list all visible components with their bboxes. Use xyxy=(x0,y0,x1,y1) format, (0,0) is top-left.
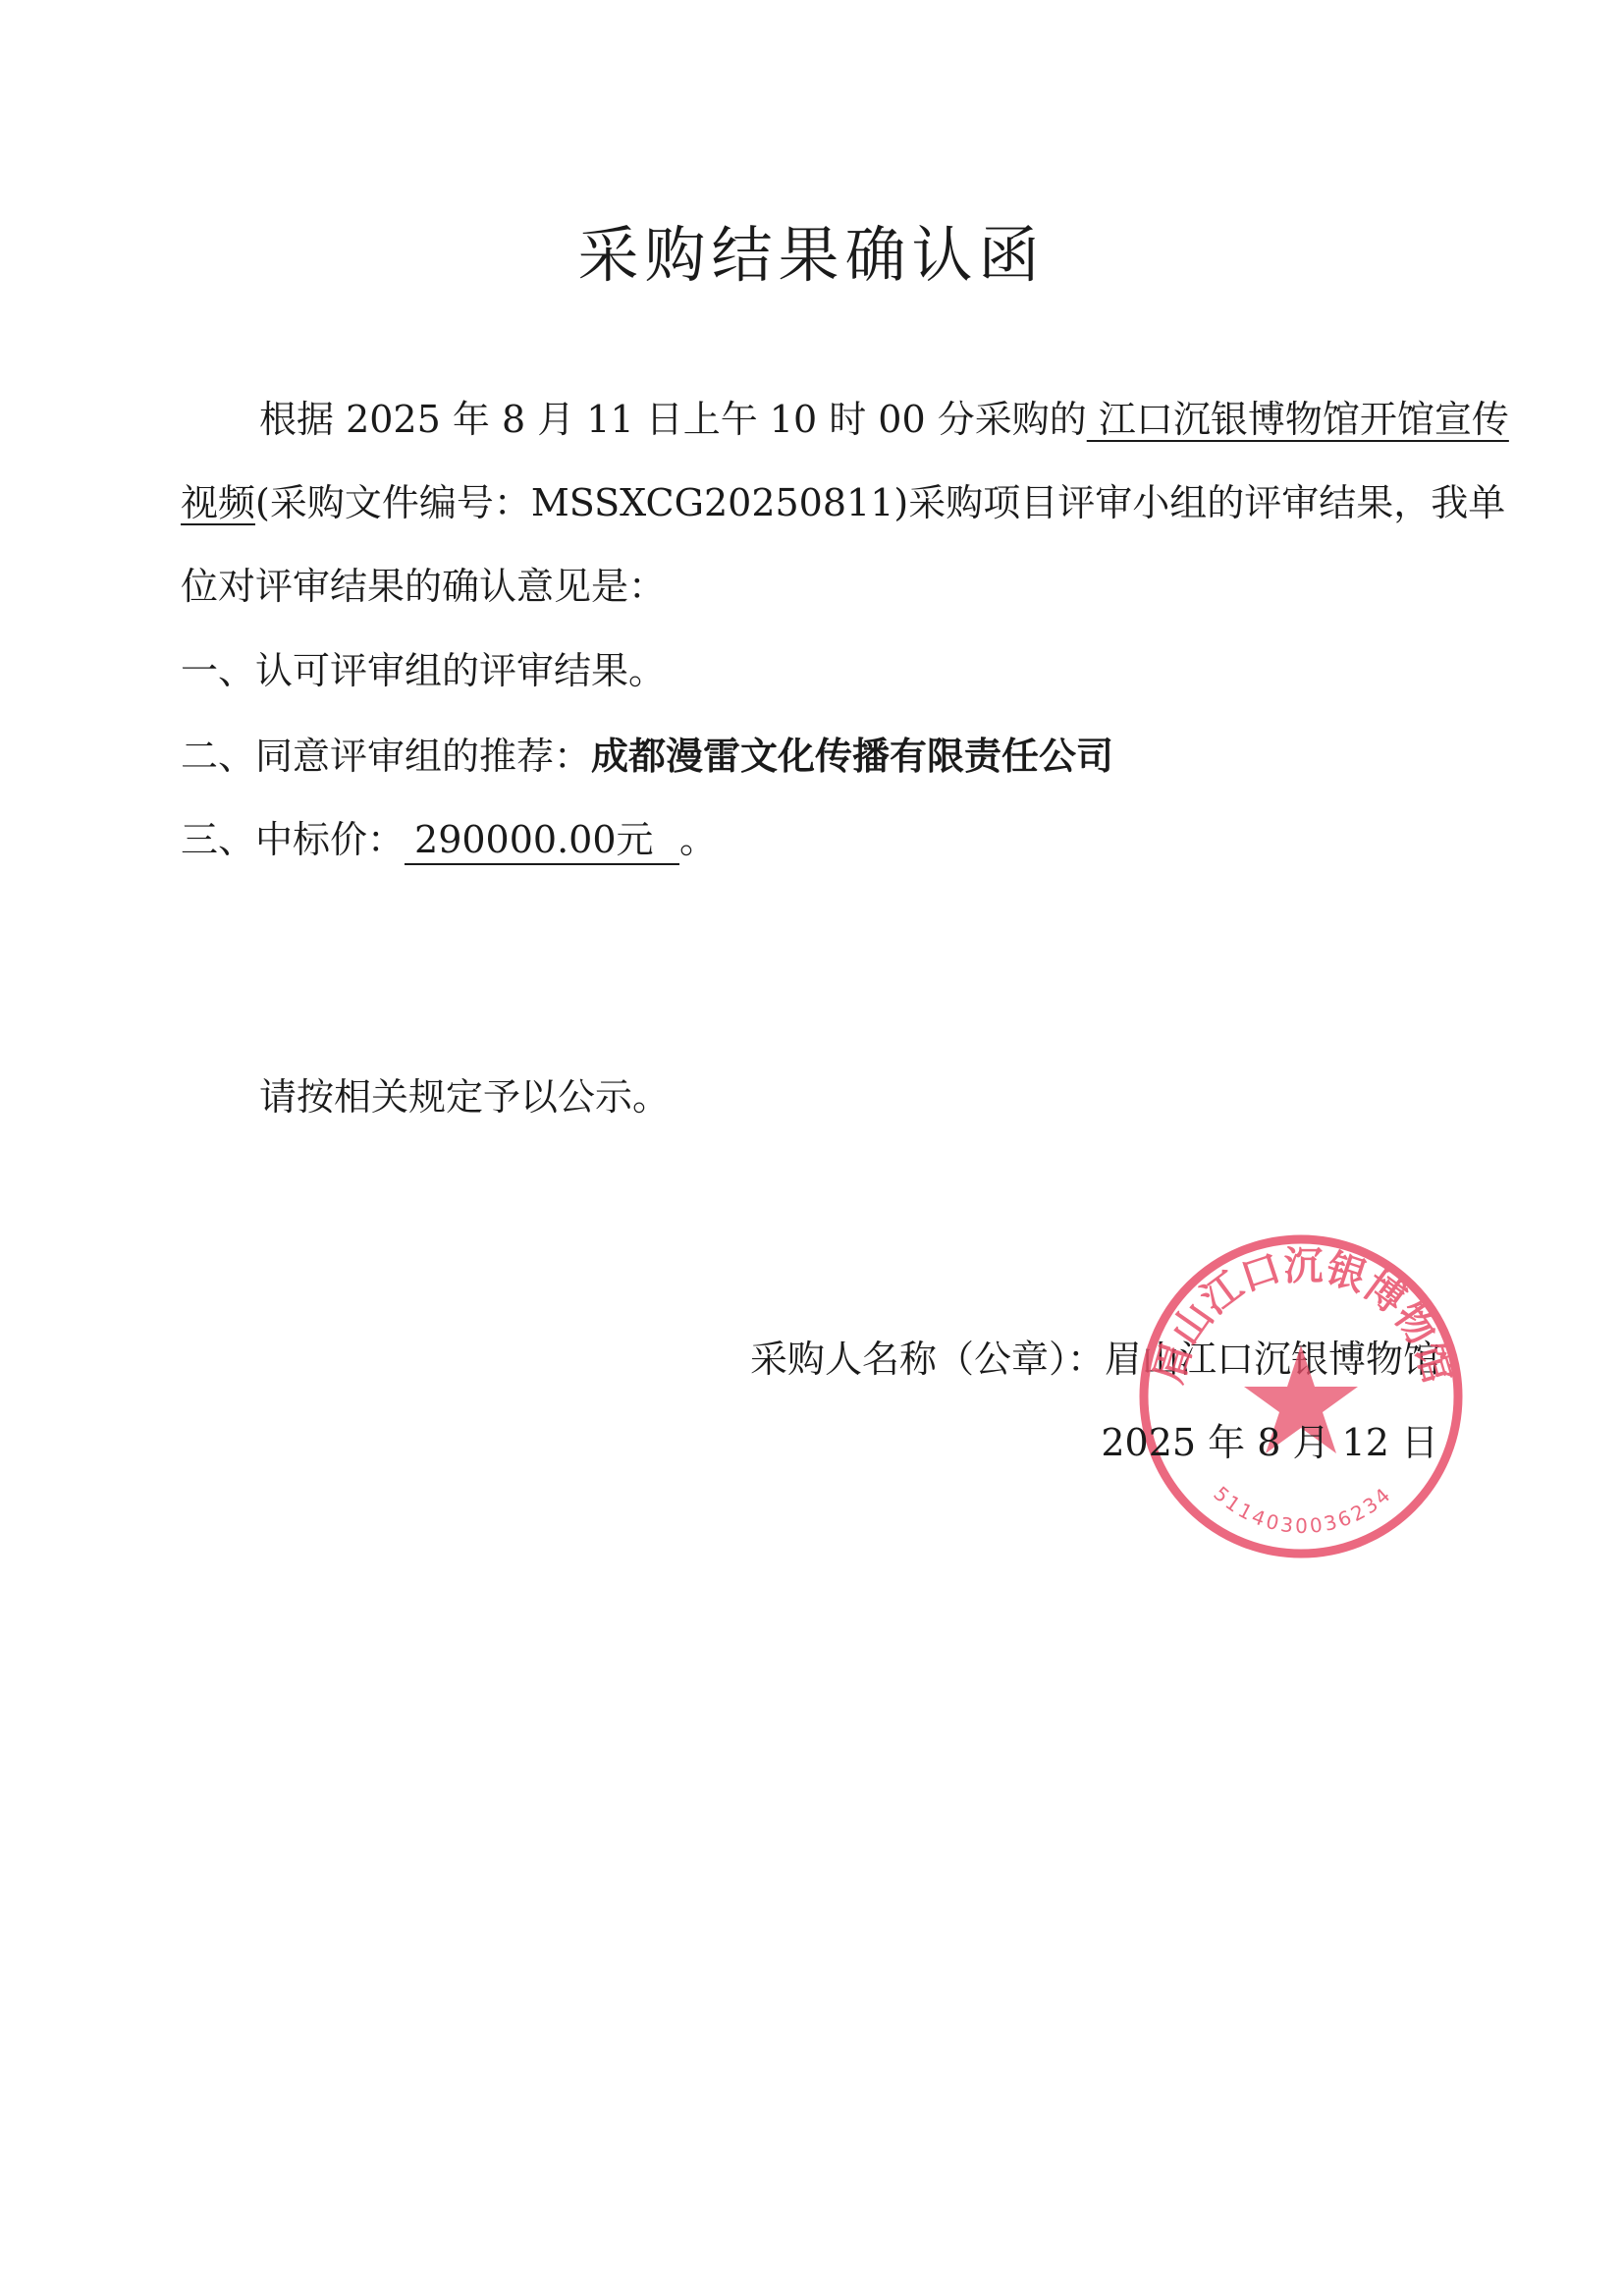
official-seal-icon: 眉山江口沉银博物馆 5114030036234 xyxy=(1134,1230,1468,1563)
paragraph-line-3: 位对评审结果的确认意见是： xyxy=(181,563,666,610)
winning-price: 290000.00元 xyxy=(405,816,679,865)
document-title: 采购结果确认函 xyxy=(0,206,1623,294)
price-label: 三、中标价： xyxy=(181,818,405,861)
procurement-date-text: 根据 2025 年 8 月 11 日上午 10 时 00 分采购的 xyxy=(259,398,1087,441)
paragraph-line-1: 根据 2025 年 8 月 11 日上午 10 时 00 分采购的 江口沉银博物… xyxy=(259,396,1509,443)
winning-company: 成都漫雷文化传播有限责任公司 xyxy=(591,735,1113,778)
stamp-code: 5114030036234 xyxy=(1209,1482,1396,1538)
recommendation-label: 二、同意评审组的推荐： xyxy=(181,735,591,778)
svg-text:5114030036234: 5114030036234 xyxy=(1209,1482,1396,1538)
price-suffix: 。 xyxy=(679,818,717,861)
file-number-text: (采购文件编号：MSSXCG20250811)采购项目评审小组的评审结果，我单 xyxy=(255,481,1505,524)
paragraph-line-2: 视频(采购文件编号：MSSXCG20250811)采购项目评审小组的评审结果，我… xyxy=(181,479,1505,526)
project-name-part-2: 视频 xyxy=(181,481,255,524)
project-name-part-1: 江口沉银博物馆开馆宣传 xyxy=(1087,398,1509,441)
document-page: 采购结果确认函 根据 2025 年 8 月 11 日上午 10 时 00 分采购… xyxy=(0,0,1623,2296)
item-3-price: 三、中标价：290000.00元。 xyxy=(181,816,717,865)
signature-date: 2025 年 8 月 12 日 xyxy=(1101,1419,1438,1466)
item-2-recommendation: 二、同意评审组的推荐：成都漫雷文化传播有限责任公司 xyxy=(181,733,1113,780)
publication-notice: 请按相关规定予以公示。 xyxy=(259,1073,670,1121)
purchaser-label: 采购人名称（公章）： xyxy=(750,1338,1105,1381)
item-1-approve-result: 一、认可评审组的评审结果。 xyxy=(181,647,666,694)
